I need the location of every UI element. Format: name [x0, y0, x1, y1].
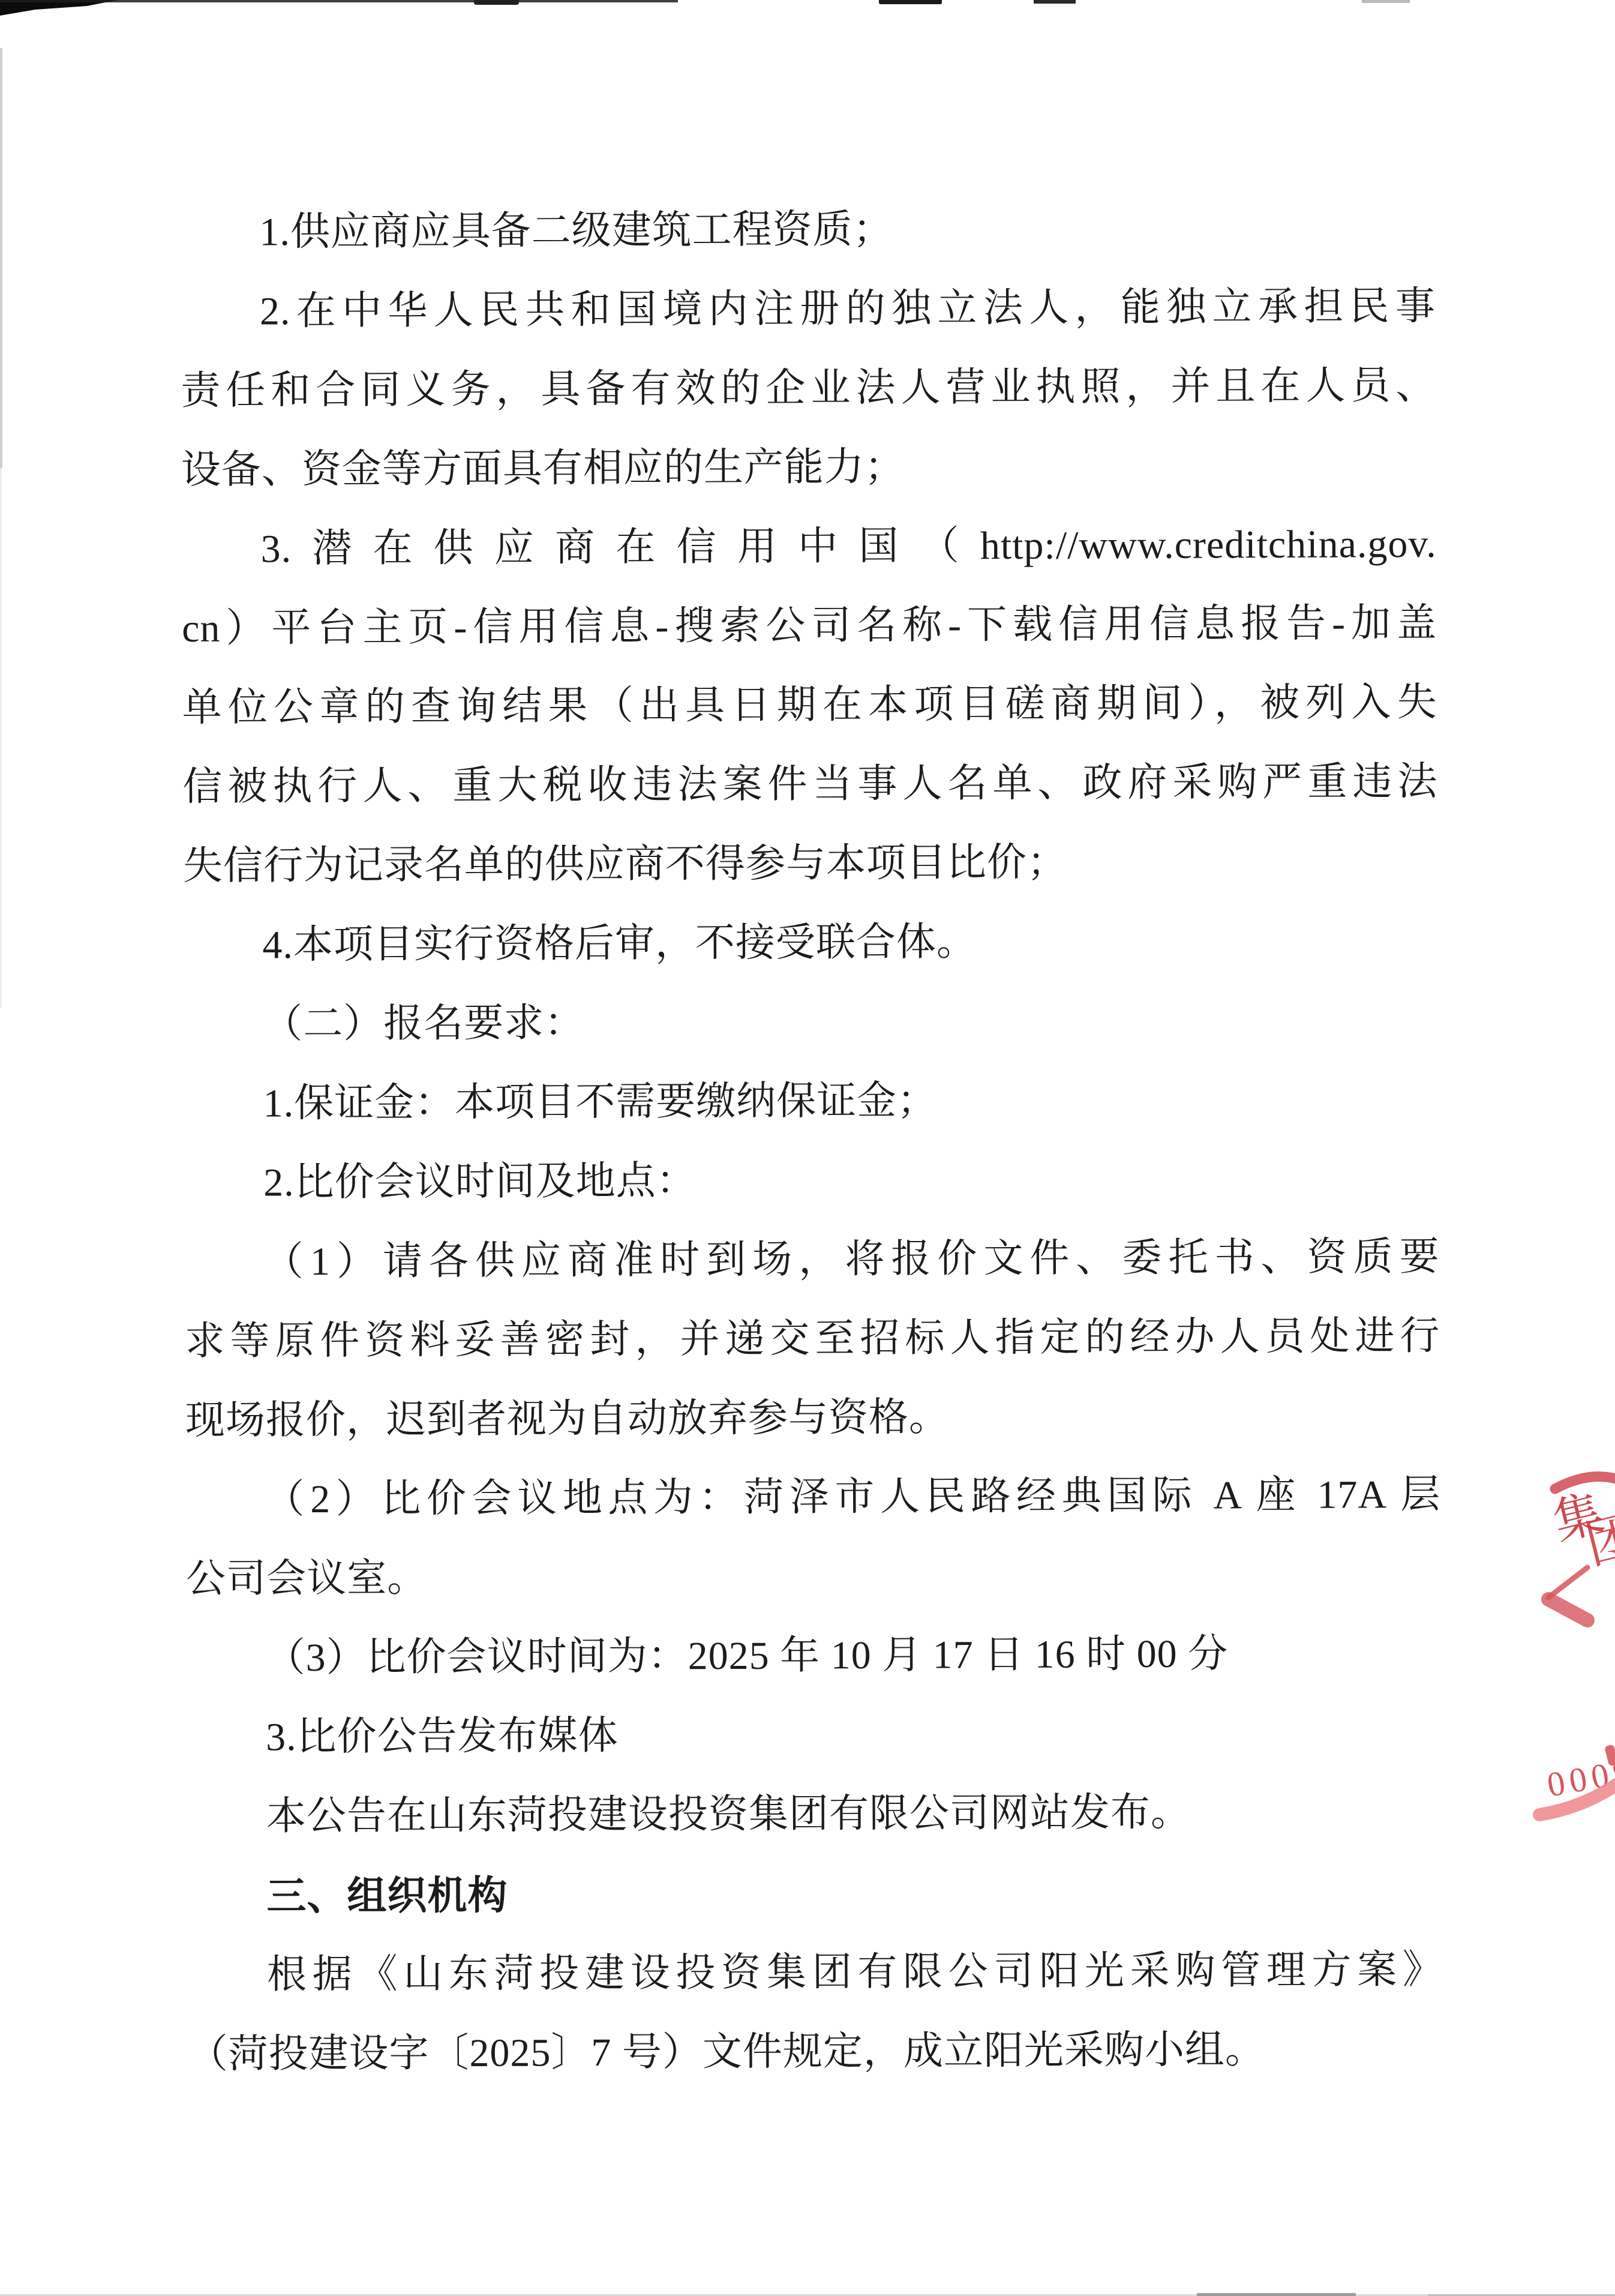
text-line: 3.比价公告发布媒体 [187, 1693, 1442, 1778]
scan-artifact-bottom-edge [1197, 2293, 1356, 2296]
seal-char-2: 团 [1580, 1506, 1615, 1575]
text-line: （1）请各供应商准时到场，将报价文件、委托书、资质要 [184, 1218, 1440, 1302]
scan-artifact-top-dash [879, 0, 942, 4]
clipped-digit-mark [1604, 1745, 1615, 1767]
text-line: 公司会议室。 [186, 1534, 1442, 1619]
text-line: （菏投建设字〔2025〕7 号）文件规定，成立阳光采购小组。 [188, 2010, 1443, 2094]
scanned-document-page: 1.供应商应具备二级建筑工程资质；2.在中华人民共和国境内注册的独立法人，能独立… [0, 0, 1615, 2296]
text-line: 本公告在山东菏投建设投资集团有限公司网站发布。 [187, 1772, 1443, 1857]
text-line: 根据《山东菏投建设投资集团有限公司阳光采购管理方案》 [188, 1931, 1443, 2015]
scan-artifact-top-dash [1362, 0, 1410, 3]
scan-artifact-top-blob [0, 0, 118, 16]
text-line: （二）报名要求： [184, 980, 1439, 1065]
text-line: cn）平台主页-信用信息-搜索公司名称-下载信用信息报告-加盖 [182, 584, 1437, 669]
scan-artifact-top-line [0, 0, 678, 2]
text-line: 现场报价，迟到者视为自动放弃参与资格。 [185, 1376, 1441, 1461]
text-line: 责任和合同义务，具备有效的企业法人营业执照，并且在人员、 [181, 346, 1436, 431]
text-block: 1.供应商应具备二级建筑工程资质；2.在中华人民共和国境内注册的独立法人，能独立… [180, 188, 1443, 2094]
seal-char-1: 集 [1548, 1485, 1609, 1550]
text-line: （3）比价会议时间为：2025 年 10 月 17 日 16 时 00 分 [186, 1614, 1442, 1698]
check-mark-bottom-stroke [1548, 1599, 1587, 1620]
page-number-stamp: 0009 [1539, 1745, 1615, 1815]
text-line: 失信行为记录名单的供应商不得参与本项目比价； [183, 822, 1439, 906]
scan-artifact-top-dash [474, 0, 519, 5]
text-line: 2.在中华人民共和国境内注册的独立法人，能独立承担民事 [181, 267, 1436, 352]
text-line: 3.潜在供应商在信用中国（http://www.creditchina.gov. [181, 505, 1437, 589]
company-seal-fragment: 集 团 [1548, 1477, 1615, 1576]
text-line: 1.供应商应具备二级建筑工程资质； [180, 188, 1436, 272]
text-line: 4.本项目实行资格后审，不接受联合体。 [183, 901, 1439, 985]
text-line: （2）比价会议地点为：菏泽市人民路经典国际 A 座 17A 层 [185, 1455, 1441, 1540]
check-mark-stamp [1548, 1567, 1587, 1620]
scan-artifact-top-dash [1034, 0, 1076, 4]
text-line: 1.保证金：本项目不需要缴纳保证金； [184, 1059, 1439, 1144]
section-heading-line: 三、组织机构 [187, 1851, 1443, 1936]
page-number-digits: 0009 [1544, 1751, 1615, 1805]
text-line: 信被执行人、重大税收违法案件当事人名单、政府采购严重违法 [182, 742, 1438, 827]
text-line: 单位公章的查询结果（出具日期在本项目磋商期间），被列入失 [182, 663, 1437, 748]
text-line: 设备、资金等方面具有相应的生产能力； [181, 425, 1437, 510]
page-number-underline [1539, 1782, 1615, 1815]
scan-artifact-left-edge [0, 48, 2, 468]
check-mark-top-stroke [1548, 1567, 1587, 1597]
scan-artifact-left-edge [0, 468, 2, 1008]
seal-arc [1555, 1477, 1615, 1489]
text-line: 2.比价会议时间及地点： [184, 1138, 1440, 1223]
text-line: 求等原件资料妥善密封，并递交至招标人指定的经办人员处进行 [185, 1297, 1440, 1381]
